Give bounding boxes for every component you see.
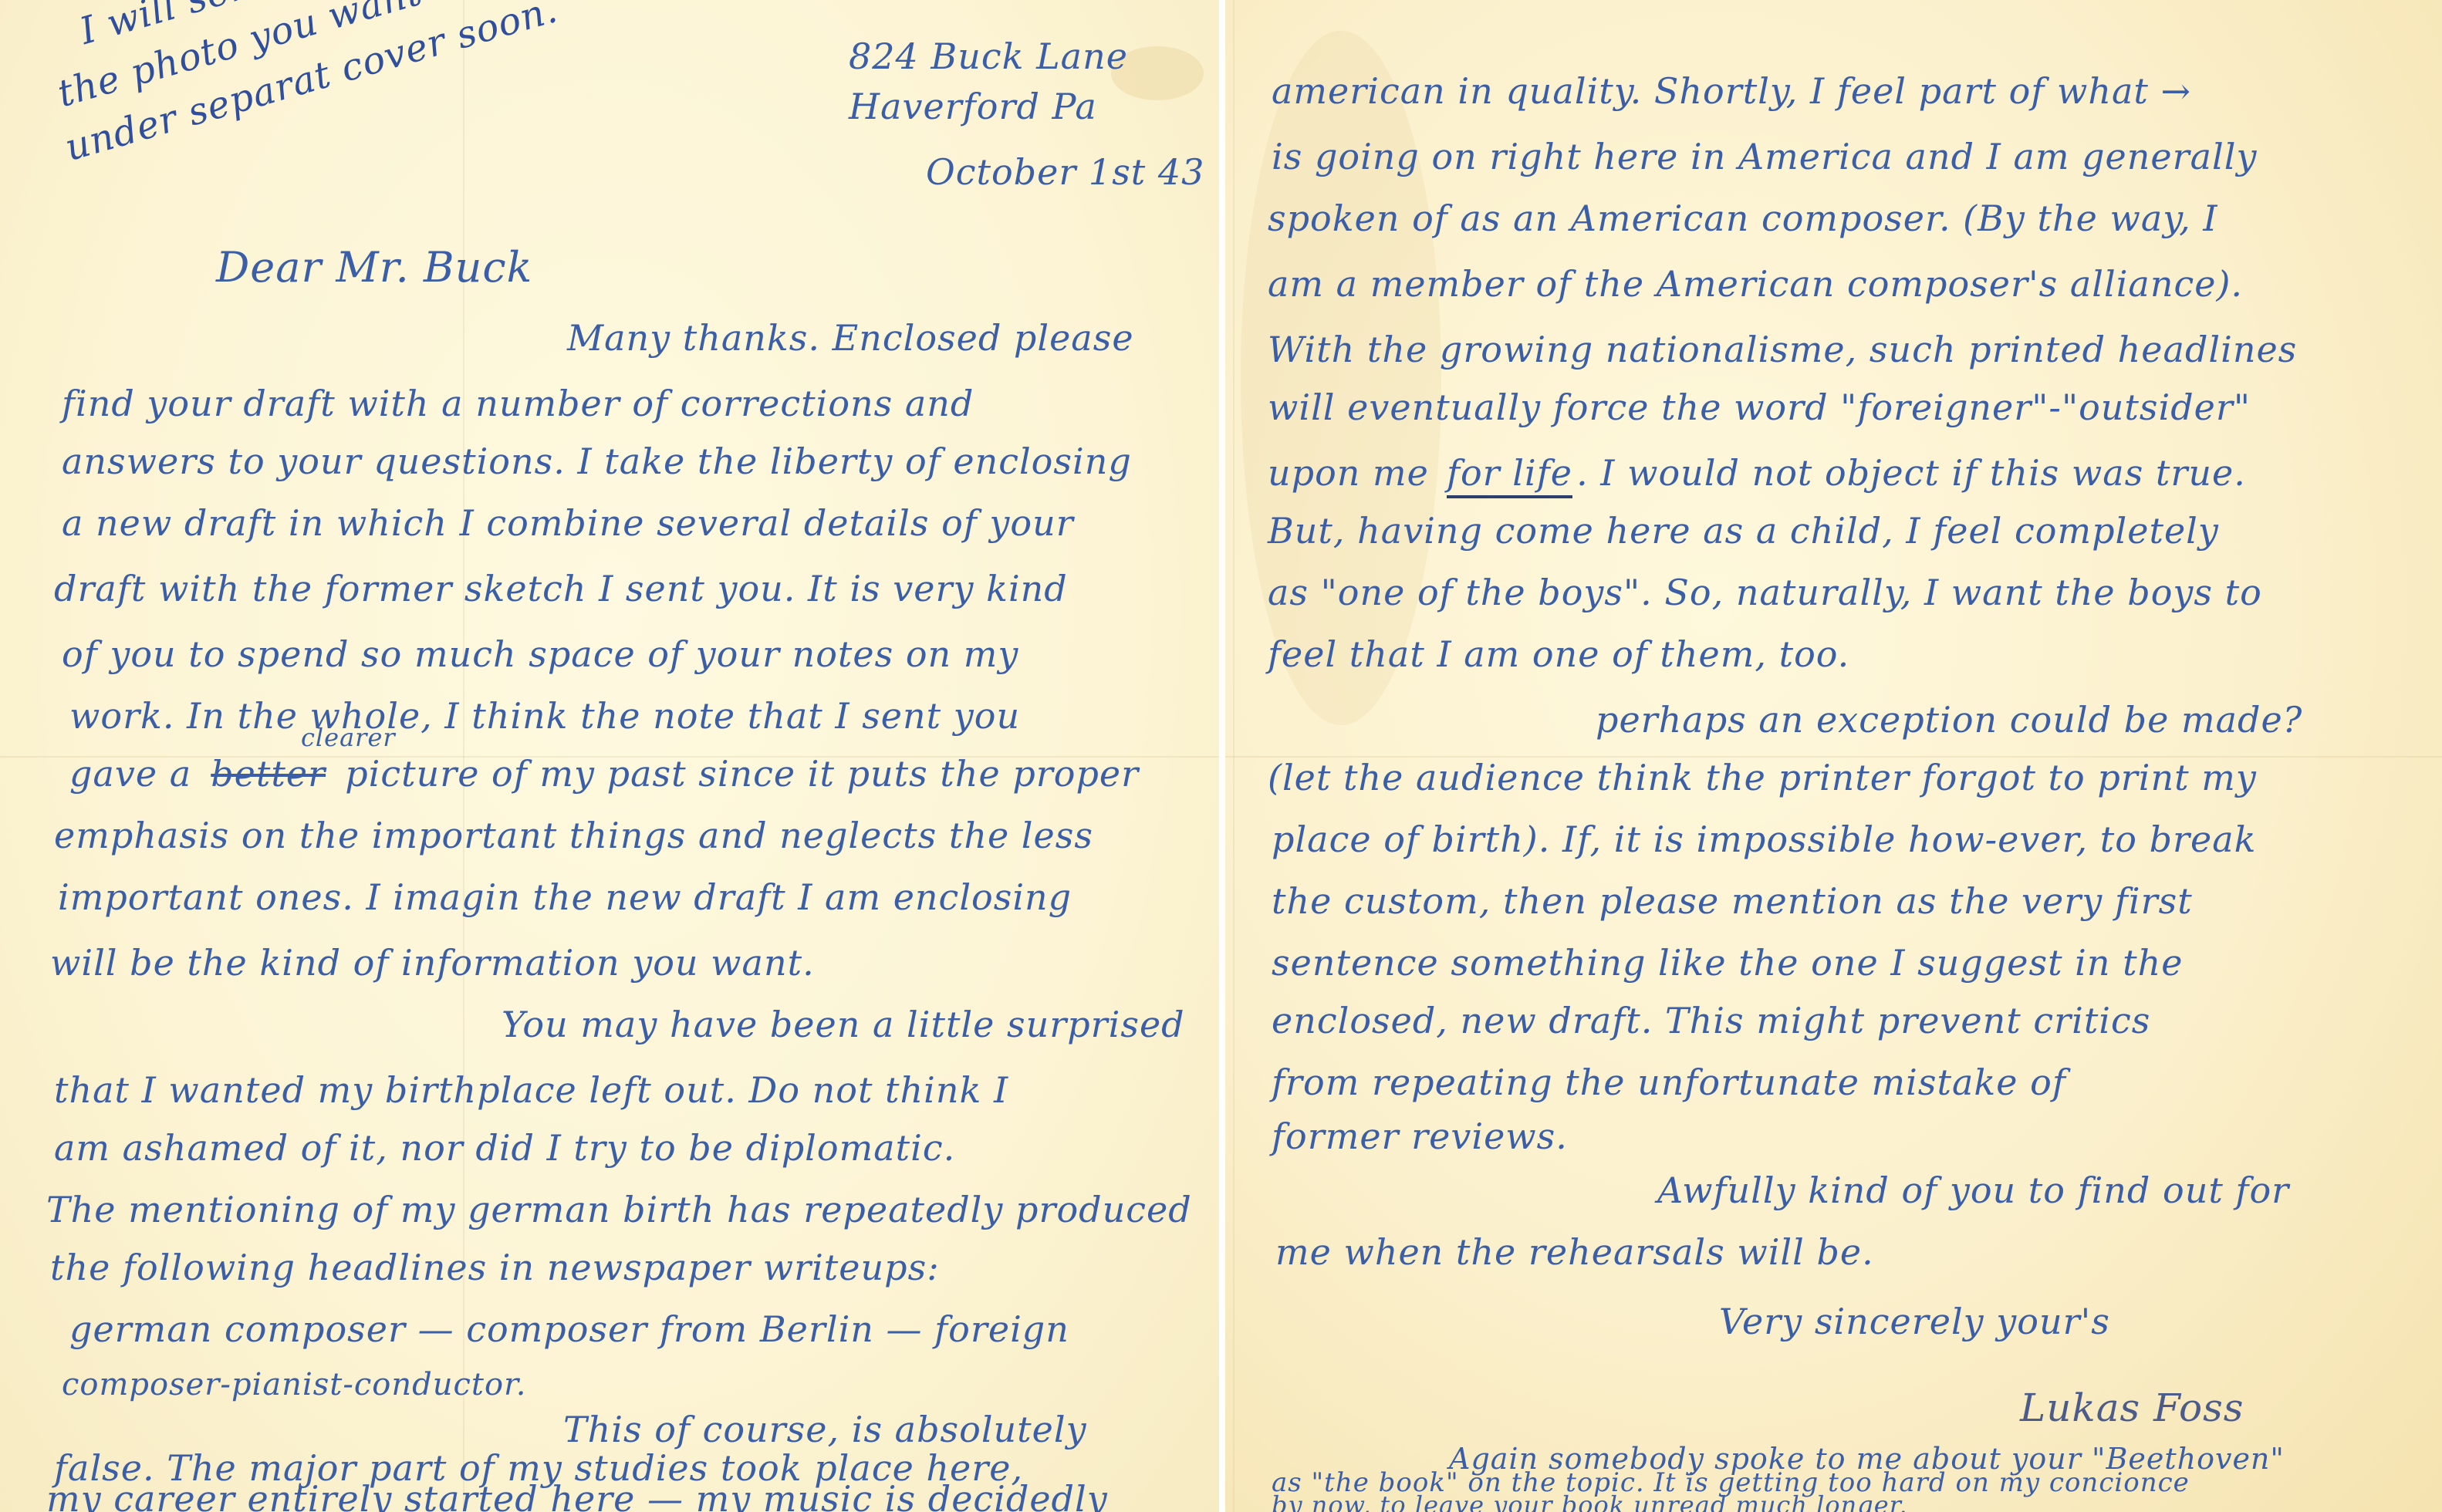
body-line: german composer — composer from Berlin —… (69, 1311, 1069, 1347)
body-line: place of birth). If, it is impossible ho… (1272, 822, 2257, 857)
body-line: american in quality. Shortly, I feel par… (1272, 73, 2191, 109)
underlined-phrase: for life (1447, 452, 1572, 498)
correction-prefix: gave a (69, 753, 191, 795)
body-line: will be the kind of information you want… (50, 945, 815, 980)
inserted-word: clearer (301, 725, 396, 750)
corrected-line: gave a better clearer picture of my past… (69, 756, 1139, 791)
body-line: This of course, is absolutely (563, 1412, 1087, 1447)
body-line: . I would not object if this was true. (1576, 452, 2246, 494)
body-line: emphasis on the important things and neg… (54, 818, 1093, 853)
body-line: will eventually force the word "foreigne… (1268, 390, 2251, 425)
body-line: feel that I am one of them, too. (1268, 636, 1849, 672)
body-line: am a member of the American composer's a… (1268, 266, 2243, 302)
closing: Very sincerely your's (1719, 1304, 2110, 1339)
body-line: draft with the former sketch I sent you.… (54, 571, 1068, 606)
body-line: With the growing nationalisme, such prin… (1268, 332, 2297, 367)
body-line: the custom, then please mention as the v… (1272, 883, 2193, 919)
body-line: my career entirely started here — my mus… (46, 1481, 1108, 1512)
body-line: spoken of as an American composer. (By t… (1268, 201, 2218, 236)
body-line: work. In the whole, I think the note tha… (69, 698, 1020, 734)
margin-note: I will send you the photo you want under… (46, 0, 581, 179)
letter-page-right: american in quality. Shortly, I feel par… (1225, 0, 2442, 1512)
body-line: important ones. I imagin the new draft I… (58, 879, 1072, 915)
body-line: perhaps an exception could be made? (1596, 702, 2302, 737)
body-line: as "one of the boys". So, naturally, I w… (1268, 575, 2262, 610)
body-line: former reviews. (1272, 1119, 1568, 1154)
body-line: am ashamed of it, nor did I try to be di… (54, 1130, 955, 1166)
body-line: picture of my past since it puts the pro… (345, 753, 1139, 795)
body-line: answers to your questions. I take the li… (62, 444, 1132, 479)
postscript-line: by now, to leave your book unread much l… (1272, 1493, 1908, 1512)
paper-stain (1241, 31, 1441, 725)
body-line: Awfully kind of you to find out for (1657, 1173, 2289, 1208)
body-line: You may have been a little surprised (502, 1007, 1185, 1042)
body-line: But, having come here as a child, I feel… (1268, 513, 2219, 548)
body-line: find your draft with a number of correct… (62, 386, 974, 421)
body-line: upon me (1268, 452, 1429, 494)
body-line: The mentioning of my german birth has re… (46, 1192, 1192, 1227)
page-gutter (1219, 0, 1225, 1512)
body-line: that I wanted my birthplace left out. Do… (54, 1072, 1008, 1108)
salutation: Dear Mr. Buck (216, 247, 532, 289)
body-line: from repeating the unfortunate mistake o… (1272, 1065, 2066, 1100)
body-line: composer-pianist-conductor. (62, 1369, 526, 1400)
body-line: the following headlines in newspaper wri… (50, 1250, 940, 1285)
body-line: sentence something like the one I sugges… (1272, 945, 2183, 980)
signature: Lukas Foss (2020, 1389, 2244, 1427)
letter-date: October 1st 43 (926, 154, 1204, 190)
body-line: is going on right here in America and I … (1272, 139, 2257, 174)
body-line: Many thanks. Enclosed please (567, 320, 1134, 356)
body-line: (let the audience think the printer forg… (1268, 760, 2257, 795)
address-line-2: Haverford Pa (849, 89, 1097, 124)
emphasis-line: upon me for life . I would not object if… (1268, 455, 2246, 491)
struck-word: better (211, 753, 326, 795)
body-line: me when the rehearsals will be. (1275, 1234, 1874, 1270)
body-line: enclosed, new draft. This might prevent … (1272, 1003, 2150, 1038)
address-line-1: 824 Buck Lane (849, 39, 1128, 74)
body-line: of you to spend so much space of your no… (62, 636, 1018, 672)
body-line: a new draft in which I combine several d… (62, 505, 1074, 541)
letter-page-left: I will send you the photo you want under… (0, 0, 1219, 1512)
